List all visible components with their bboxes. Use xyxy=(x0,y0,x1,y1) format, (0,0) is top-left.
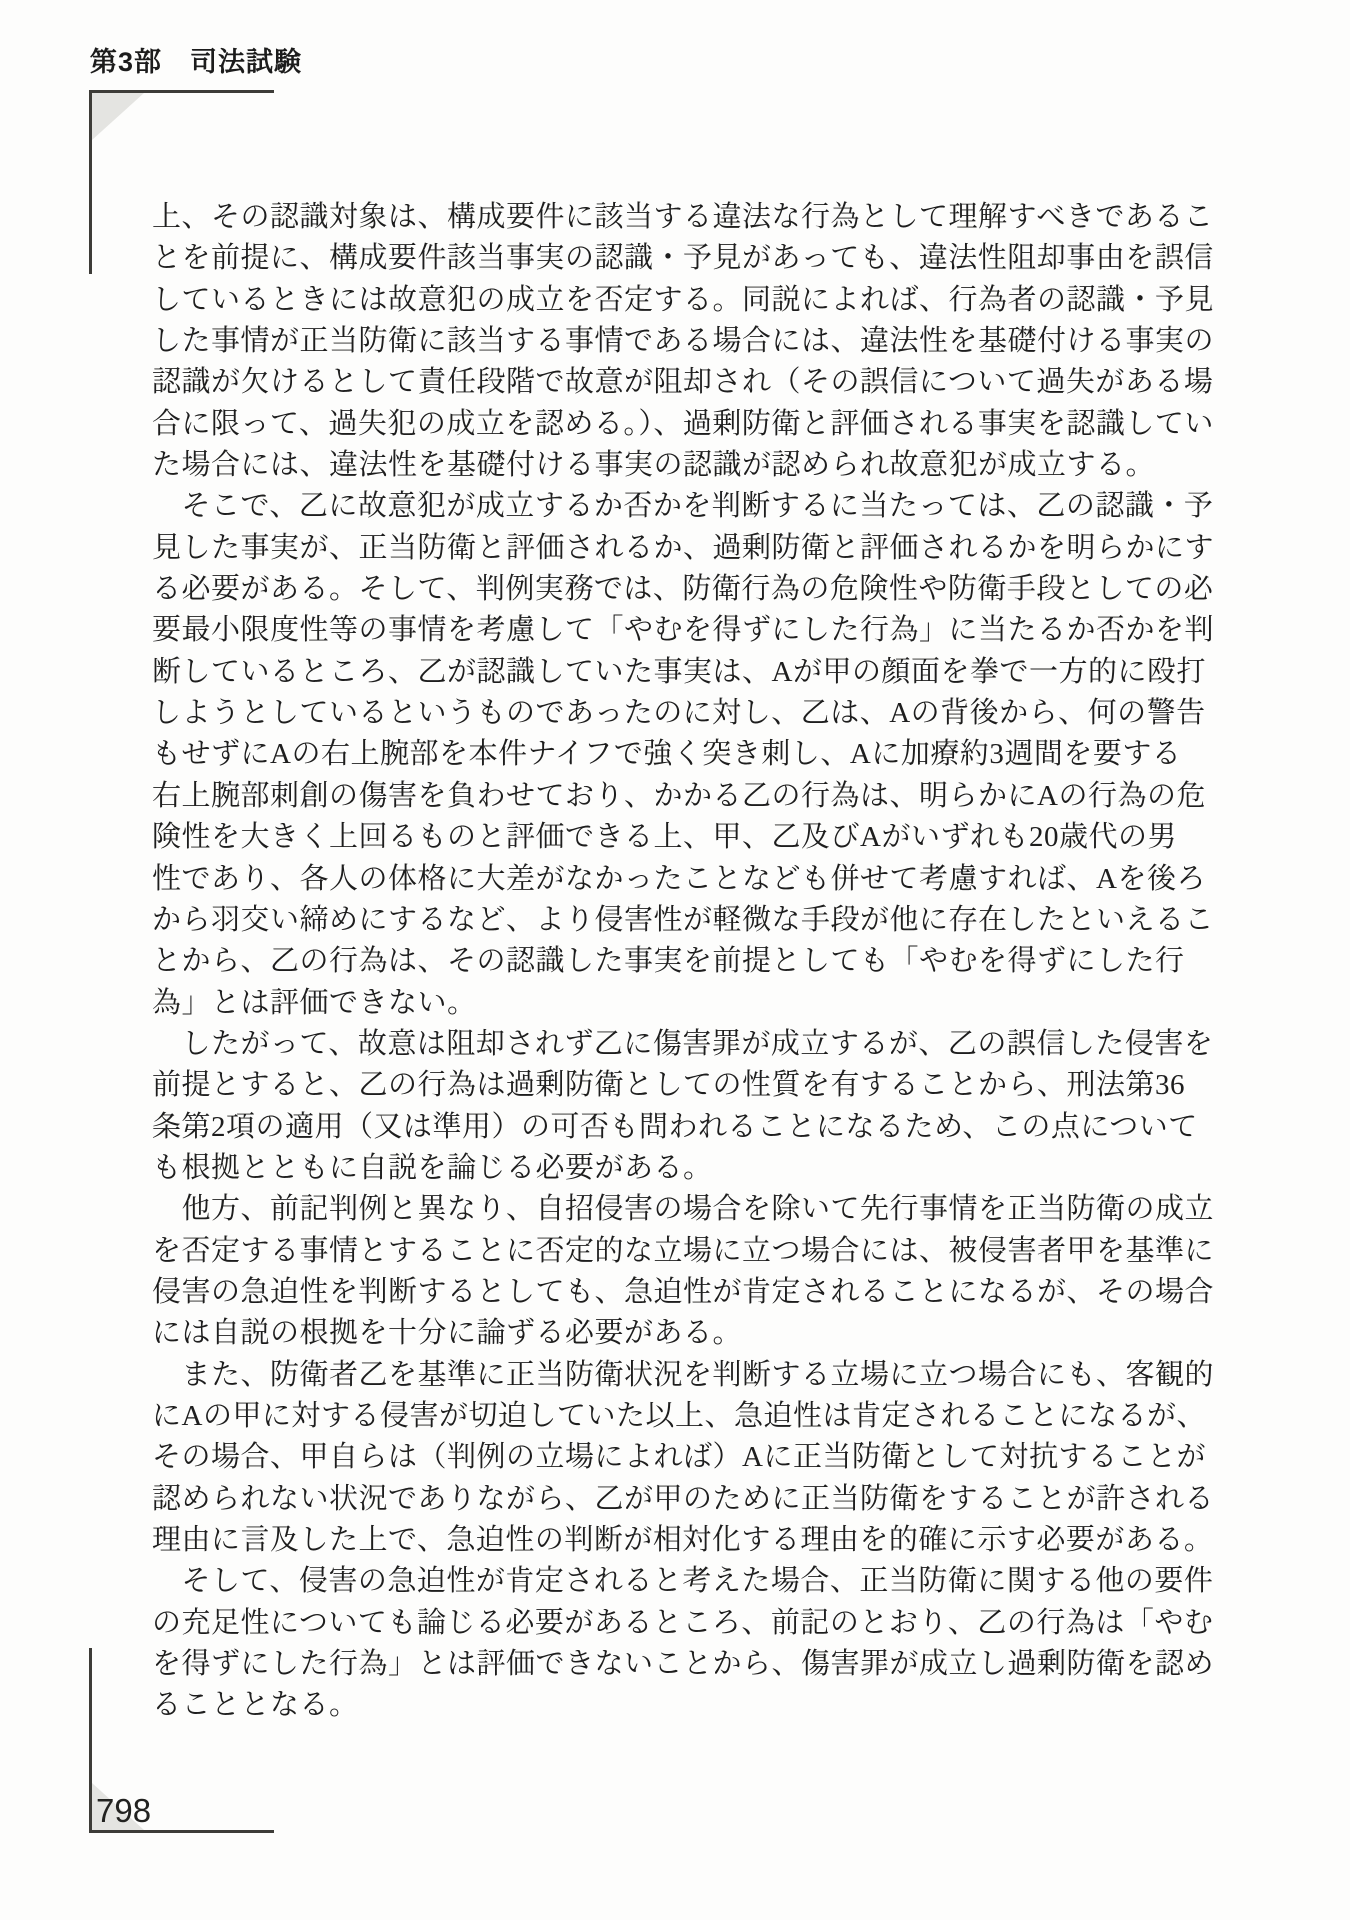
text-line: の充足性についても論じる必要があるところ、前記のとおり、乙の行為は「やむ xyxy=(152,1603,1238,1644)
text-line: 険性を大きく上回るものと評価できる上、甲、乙及びAがいずれも20歳代の男 xyxy=(152,817,1238,858)
text-line: 認識が欠けるとして責任段階で故意が阻却され（その誤信について過失がある場 xyxy=(152,362,1238,403)
text-line: 認められない状況でありながら、乙が甲のために正当防衛をすることが許される xyxy=(152,1479,1238,1520)
text-line: 上、その認識対象は、構成要件に該当する違法な行為として理解すべきであるこ xyxy=(152,197,1238,238)
text-line: 要最小限度性等の事情を考慮して「やむを得ずにした行為」に当たるか否かを判 xyxy=(152,610,1238,651)
text-line: から羽交い締めにするなど、より侵害性が軽微な手段が他に存在したといえるこ xyxy=(152,900,1238,941)
footer-rule-horizontal xyxy=(89,1830,274,1833)
text-line: そこで、乙に故意犯が成立するか否かを判断するに当たっては、乙の認識・予 xyxy=(152,486,1238,527)
text-line: しようとしているというものであったのに対し、乙は、Aの背後から、何の警告 xyxy=(152,693,1238,734)
text-line: とを前提に、構成要件該当事実の認識・予見があっても、違法性阻却事由を誤信 xyxy=(152,238,1238,279)
body-text-block: 上、その認識対象は、構成要件に該当する違法な行為として理解すべきであることを前提… xyxy=(152,197,1238,1727)
corner-triangle-top xyxy=(92,93,144,140)
text-line: 前提とすると、乙の行為は過剰防衛としての性質を有することから、刑法第36 xyxy=(152,1065,1238,1106)
text-line: 合に限って、過失犯の成立を認める。）、過剰防衛と評価される事実を認識してい xyxy=(152,404,1238,445)
text-line: を得ずにした行為」とは評価できないことから、傷害罪が成立し過剰防衛を認め xyxy=(152,1644,1238,1685)
text-line: には自説の根拠を十分に論ずる必要がある。 xyxy=(152,1313,1238,1354)
text-line: ることとなる。 xyxy=(152,1685,1238,1726)
text-line: その場合、甲自らは（判例の立場によれば）Aに正当防衛として対抗することが xyxy=(152,1437,1238,1478)
text-line: 条第2項の適用（又は準用）の可否も問われることになるため、この点について xyxy=(152,1107,1238,1148)
text-line: 見した事実が、正当防衛と評価されるか、過剰防衛と評価されるかを明らかにす xyxy=(152,528,1238,569)
text-line: したがって、故意は阻却されず乙に傷害罪が成立するが、乙の誤信した侵害を xyxy=(152,1024,1238,1065)
text-line: 為」とは評価できない。 xyxy=(152,983,1238,1024)
text-line: 他方、前記判例と異なり、自招侵害の場合を除いて先行事情を正当防衛の成立 xyxy=(152,1189,1238,1230)
text-line: また、防衛者乙を基準に正当防衛状況を判断する立場に立つ場合にも、客観的 xyxy=(152,1355,1238,1396)
text-line: 断しているところ、乙が認識していた事実は、Aが甲の顔面を拳で一方的に殴打 xyxy=(152,652,1238,693)
page-number: 798 xyxy=(96,1792,151,1830)
text-line: しているときには故意犯の成立を否定する。同説によれば、行為者の認識・予見 xyxy=(152,280,1238,321)
text-line: もせずにAの右上腕部を本件ナイフで強く突き刺し、Aに加療約3週間を要する xyxy=(152,734,1238,775)
text-line: る必要がある。そして、判例実務では、防衛行為の危険性や防衛手段としての必 xyxy=(152,569,1238,610)
chapter-header-title: 第3部 司法試験 xyxy=(90,40,302,79)
text-line: た場合には、違法性を基礎付ける事実の認識が認められ故意犯が成立する。 xyxy=(152,445,1238,486)
text-line: 性であり、各人の体格に大差がなかったことなども併せて考慮すれば、Aを後ろ xyxy=(152,859,1238,900)
text-line: 右上腕部刺創の傷害を負わせており、かかる乙の行為は、明らかにAの行為の危 xyxy=(152,776,1238,817)
text-line: も根拠とともに自説を論じる必要がある。 xyxy=(152,1148,1238,1189)
text-line: そして、侵害の急迫性が肯定されると考えた場合、正当防衛に関する他の要件 xyxy=(152,1561,1238,1602)
text-line: にAの甲に対する侵害が切迫していた以上、急迫性は肯定されることになるが、 xyxy=(152,1396,1238,1437)
text-line: を否定する事情とすることに否定的な立場に立つ場合には、被侵害者甲を基準に xyxy=(152,1231,1238,1272)
text-line: した事情が正当防衛に該当する事情である場合には、違法性を基礎付ける事実の xyxy=(152,321,1238,362)
text-line: とから、乙の行為は、その認識した事実を前提としても「やむを得ずにした行 xyxy=(152,941,1238,982)
text-line: 理由に言及した上で、急迫性の判断が相対化する理由を的確に示す必要がある。 xyxy=(152,1520,1238,1561)
text-line: 侵害の急迫性を判断するとしても、急迫性が肯定されることになるが、その場合 xyxy=(152,1272,1238,1313)
